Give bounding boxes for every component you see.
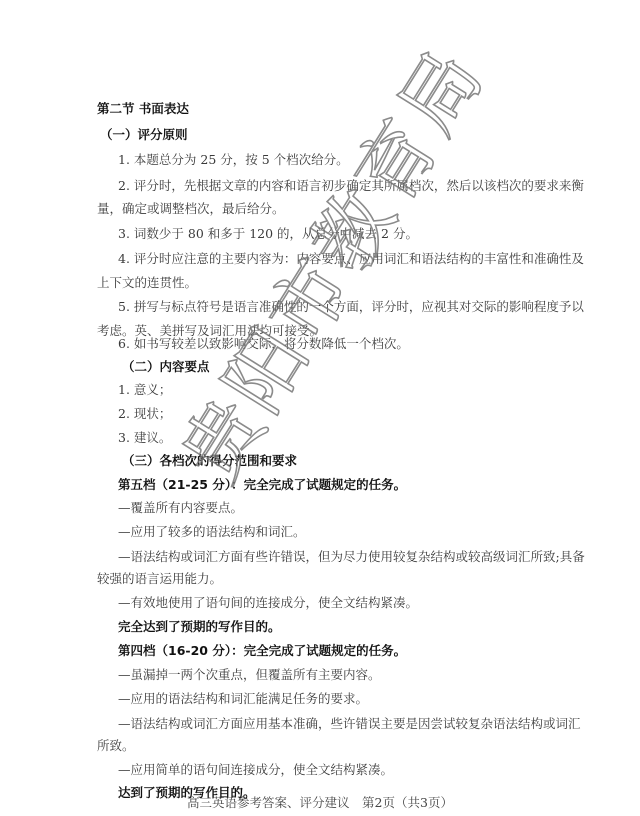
level5-summary: 完全达到了预期的写作目的。 (118, 619, 281, 635)
rule-item: 3. 词数少于 80 和多于 120 的，从总分中减去 2 分。 (118, 226, 418, 242)
content-point: 2. 现状； (118, 406, 171, 422)
level4-item: —应用的语法结构和词汇能满足任务的要求。 (118, 691, 368, 707)
document-page: 第二节 书面表达 （一）评分原则 1. 本题总分为 25 分，按 5 个档次给分… (0, 0, 640, 816)
rule-item: 4. 评分时应注意的主要内容为：内容要点、应用词汇和语法结构的丰富性和准确性及 (118, 251, 584, 267)
level4-item: —虽漏掉一两个次重点，但覆盖所有主要内容。 (118, 667, 381, 683)
level5-item-cont: 较强的语言运用能力。 (97, 571, 222, 587)
content-point: 1. 意义； (118, 382, 171, 398)
rule-item: 2. 评分时，先根据文章的内容和语言初步确定其所属档次，然后以该档次的要求来衡 (118, 178, 584, 194)
level4-item: —应用简单的语句间连接成分，使全文结构紧凑。 (118, 762, 393, 778)
rule-item: 5. 拼写与标点符号是语言准确性的一个方面，评分时，应视其对交际的影响程度予以 (118, 299, 584, 315)
level5-item: —覆盖所有内容要点。 (118, 500, 243, 516)
rule-item: 6. 如书写较差以致影响交际，将分数降低一个档次。 (118, 336, 409, 352)
level4-title: 第四档（16-20 分）：完全完成了试题规定的任务。 (118, 643, 406, 659)
rule-item: 1. 本题总分为 25 分，按 5 个档次给分。 (118, 152, 349, 168)
section-title: 第二节 书面表达 (97, 101, 189, 117)
level5-item: —语法结构或词汇方面有些许错误，但为尽力使用较复杂结构或较高级词汇所致;具备 (118, 549, 585, 565)
level4-item-cont: 所致。 (97, 738, 135, 754)
part3-heading: （三）各档次的得分范围和要求 (122, 453, 297, 469)
level4-item: —语法结构或词汇方面应用基本准确，些许错误主要是因尝试较复杂语法结构或词汇 (118, 716, 581, 732)
rule-item-cont: 量，确定或调整档次，最后给分。 (97, 201, 285, 217)
rule-item-cont: 上下文的连贯性。 (97, 275, 197, 291)
part1-heading: （一）评分原则 (100, 127, 188, 143)
content-point: 3. 建议。 (118, 430, 171, 446)
level5-item: —应用了较多的语法结构和词汇。 (118, 524, 306, 540)
level5-item: —有效地使用了语句间的连接成分，使全文结构紧凑。 (118, 595, 418, 611)
part2-heading: （二）内容要点 (122, 359, 210, 375)
level5-title: 第五档（21-25 分）：完全完成了试题规定的任务。 (118, 477, 406, 493)
page-footer: 高三英语参考答案、评分建议 第2页（共3页） (0, 793, 640, 811)
